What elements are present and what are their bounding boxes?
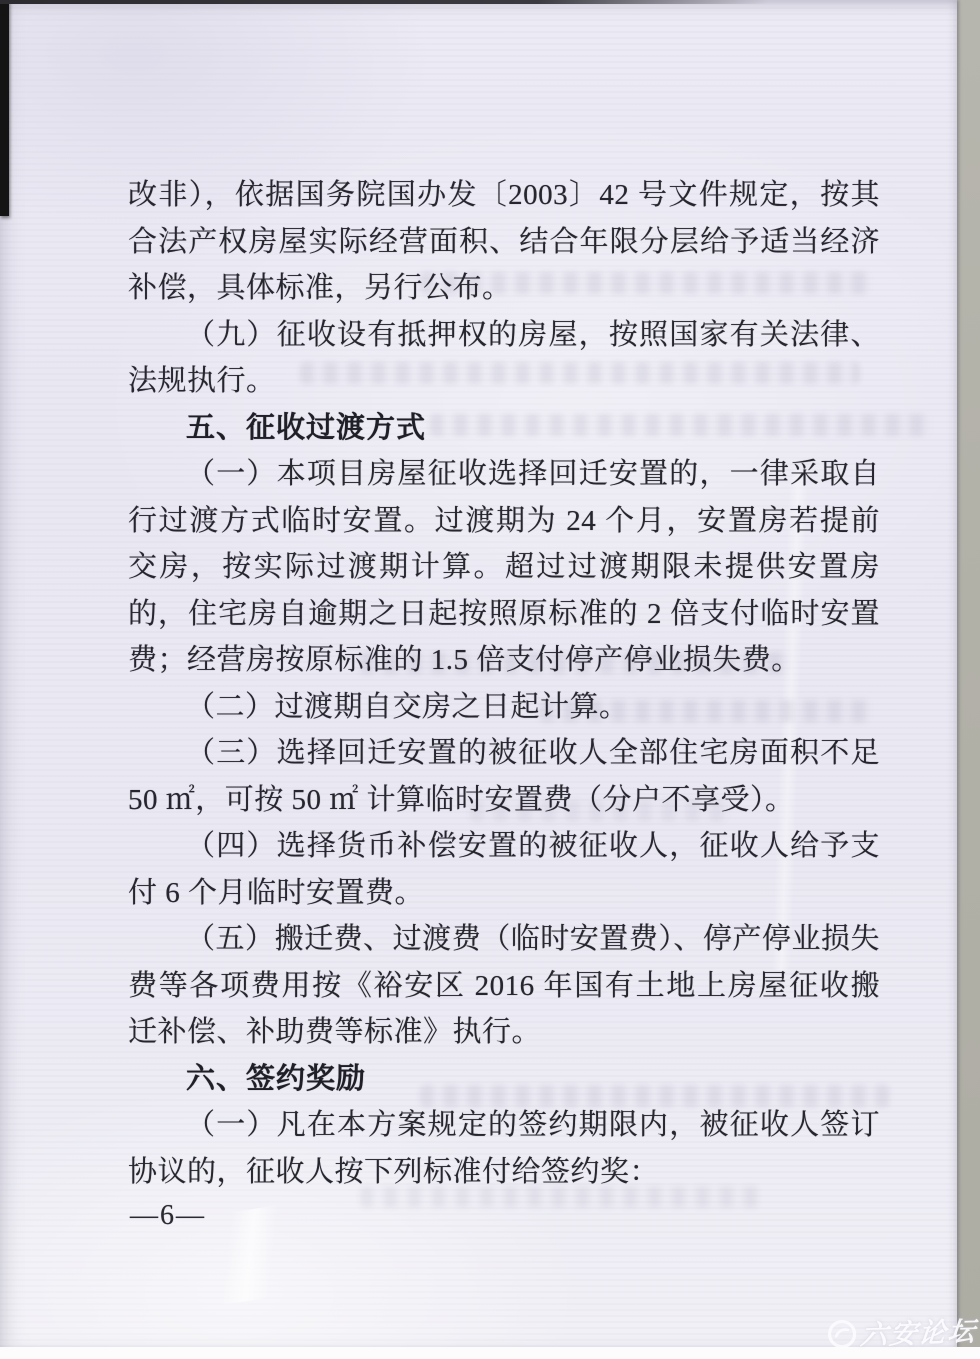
doc-paragraph: （三）选择回迁安置的被征收人全部住宅房面积不足 50 ㎡，可按 50 ㎡ 计算临…: [128, 730, 880, 823]
page-number: —6—: [130, 1200, 206, 1232]
forum-logo-icon: [825, 1317, 858, 1350]
doc-paragraph: （四）选择货币补偿安置的被征收人，征收人给予支付 6 个月临时安置费。: [128, 823, 880, 916]
scanned-document-page: 改非），依据国务院国办发〔2003〕42 号文件规定，按其合法产权房屋实际经营面…: [0, 0, 957, 1347]
doc-section-heading-5: 五、征收过渡方式: [128, 405, 880, 452]
doc-paragraph: （五）搬迁费、过渡费（临时安置费）、停产停业损失费等各项费用按《裕安区 2016…: [128, 916, 880, 1056]
doc-paragraph: （一）凡在本方案规定的签约期限内，被征收人签订协议的，征收人按下列标准付给签约奖…: [128, 1102, 880, 1195]
paper-crease: [55, 1181, 444, 1329]
scanner-edge-hairline: [0, 0, 768, 4]
doc-paragraph: （二）过渡期自交房之日起计算。: [128, 684, 880, 731]
doc-paragraph-continuation: 改非），依据国务院国办发〔2003〕42 号文件规定，按其合法产权房屋实际经营面…: [128, 172, 880, 312]
doc-paragraph: （一）本项目房屋征收选择回迁安置的，一律采取自行过渡方式临时安置。过渡期为 24…: [128, 451, 880, 684]
doc-section-heading-6: 六、签约奖励: [128, 1056, 880, 1103]
doc-paragraph: （九）征收设有抵押权的房屋，按照国家有关法律、法规执行。: [128, 312, 880, 405]
scanner-edge-strip: [0, 0, 9, 216]
forum-watermark-text: 六安论坛: [859, 1309, 979, 1352]
document-body: 改非），依据国务院国办发〔2003〕42 号文件规定，按其合法产权房屋实际经营面…: [128, 172, 880, 1195]
forum-watermark: 六安论坛: [825, 1309, 977, 1353]
scanner-backing: [955, 0, 980, 1348]
